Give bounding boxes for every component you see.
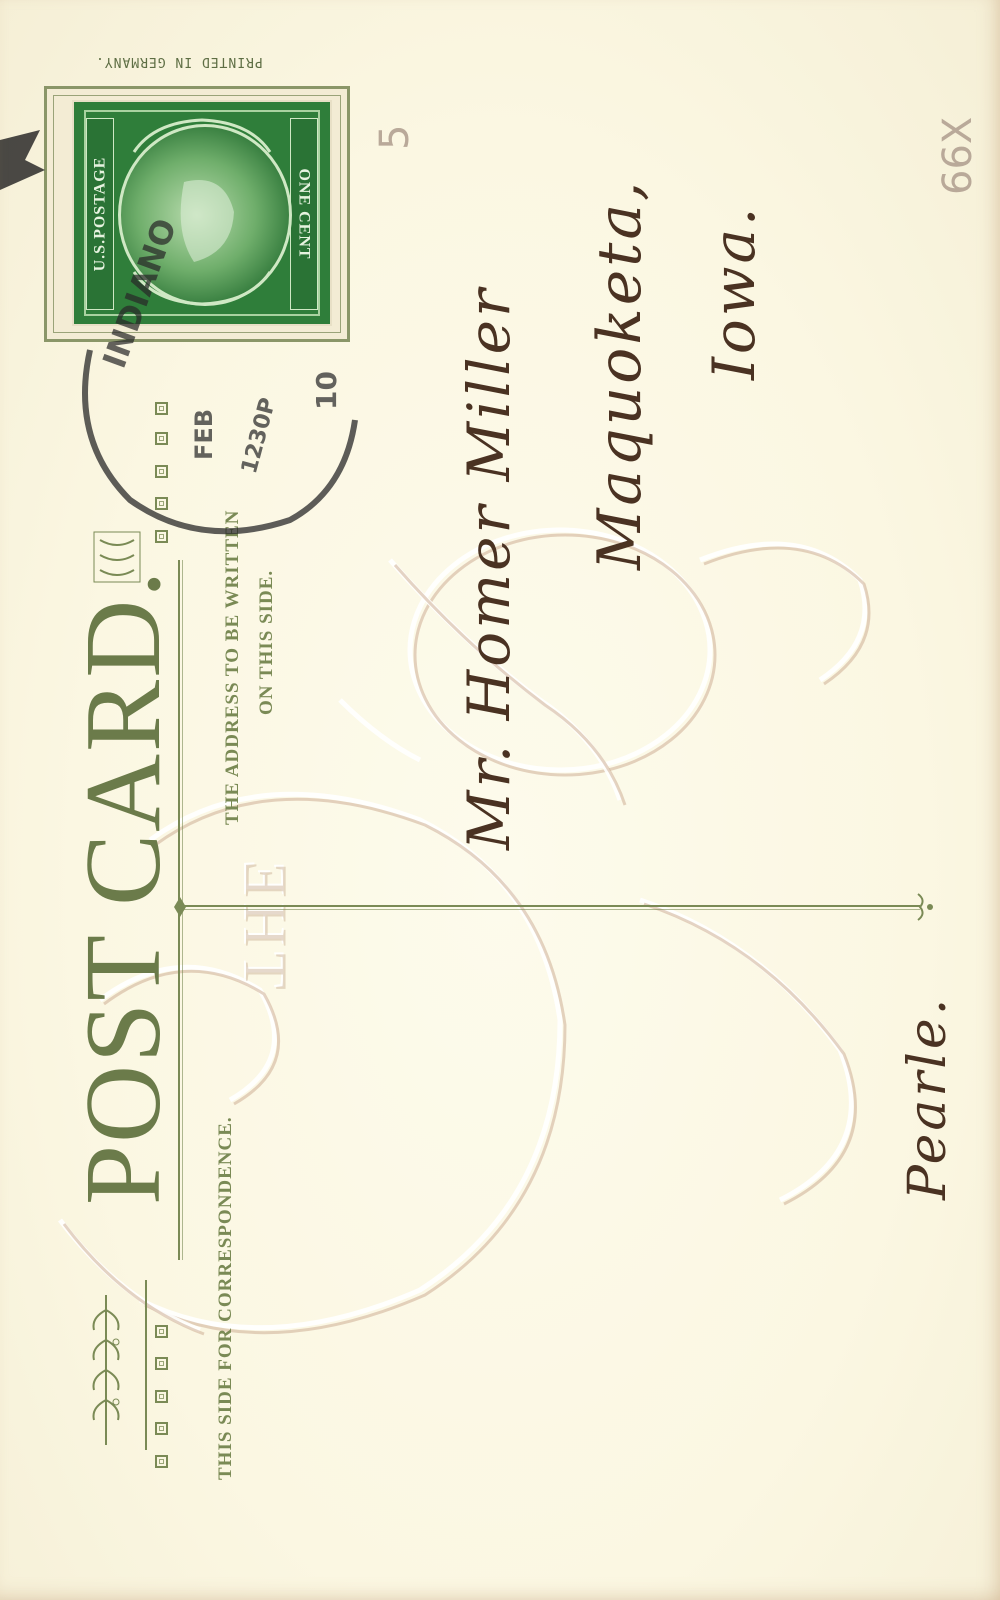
stamp-right-panel: ONE CENT: [290, 118, 318, 310]
cancellation-bars-icon: [0, 130, 60, 210]
postmark-year: 10: [310, 371, 343, 410]
recipient-city: Maquoketa,: [585, 179, 655, 570]
sender-signature: Pearle.: [898, 996, 958, 1200]
postmark-date: FEB: [190, 409, 218, 460]
decorative-square: [155, 1455, 168, 1468]
leaf-ornament-bottom-icon: [86, 1290, 126, 1450]
postcard-back: THE PRINTED IN GERMANY. POST CARD. THIS …: [0, 0, 1000, 1600]
pencil-code: 66X: [935, 117, 981, 195]
bottom-frame-line: [145, 1280, 147, 1450]
printed-in-germany: PRINTED IN GERMANY.: [95, 54, 263, 69]
postage-stamp: U.S.POSTAGE ONE CENT: [74, 102, 330, 324]
recipient-state: Iowa.: [700, 205, 768, 381]
decorative-square: [155, 1422, 168, 1435]
address-instruction-line2: ON THIS SIDE.: [256, 570, 278, 715]
decorative-square: [155, 1357, 168, 1370]
stamp-left-panel: U.S.POSTAGE: [86, 118, 114, 310]
pencil-number: 5: [372, 125, 418, 150]
embossed-text: THE: [231, 855, 300, 990]
recipient-name: Mr. Homer Miller: [455, 286, 523, 850]
address-divider-horizontal: [180, 905, 920, 907]
stamp-left-text: U.S.POSTAGE: [91, 157, 109, 272]
decorative-square: [155, 1390, 168, 1403]
line-ornament-end-icon: [912, 890, 942, 924]
address-instruction-line1: THE ADDRESS TO BE WRITTEN: [222, 510, 244, 825]
line-ornament-start-icon: [170, 895, 190, 919]
postcard-title: POST CARD.: [62, 569, 186, 1205]
address-divider-horizontal-inner: [180, 909, 920, 910]
stamp-right-text: ONE CENT: [295, 168, 313, 259]
correspondence-instruction: THIS SIDE FOR CORRESPONDENCE.: [215, 1116, 237, 1480]
decorative-square: [155, 1325, 168, 1338]
